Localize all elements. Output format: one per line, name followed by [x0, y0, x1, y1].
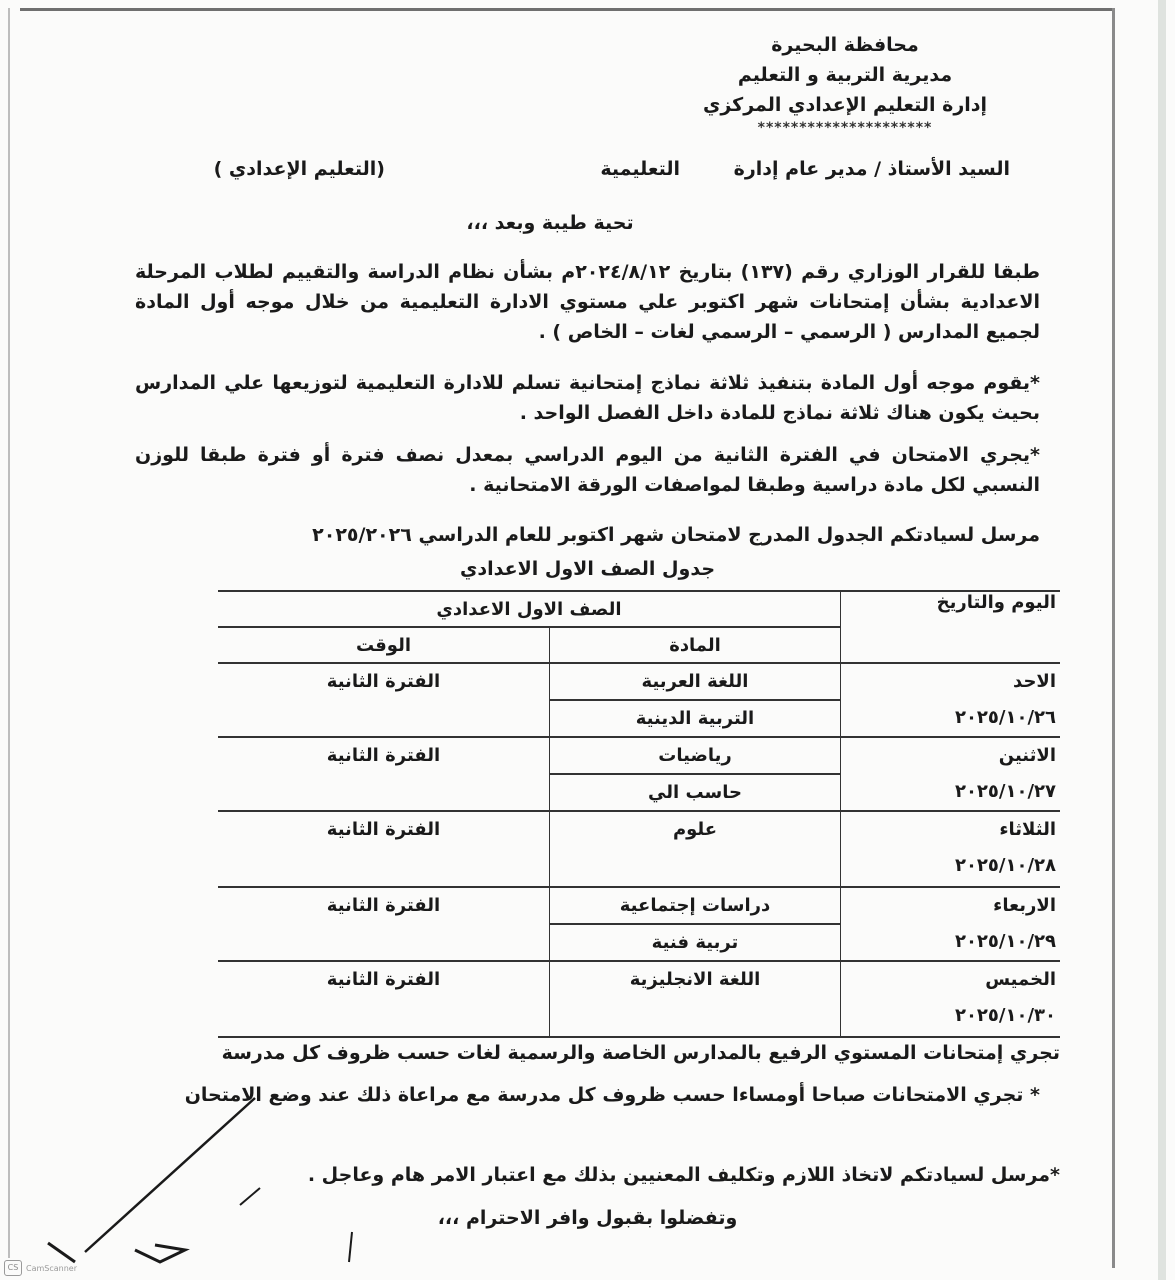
- addressee-title: السيد الأستاذ / مدير عام إدارة: [734, 158, 1010, 180]
- day-name: الاربعاء: [841, 888, 1056, 924]
- table-row: الاربعاء ٢٠٢٥/١٠/٢٩ دراسات إجتماعية الفت…: [218, 887, 1060, 924]
- subject-cell: اللغة العربية: [550, 663, 841, 700]
- table-row: الثلاثاء ٢٠٢٥/١٠/٢٨ علوم الفترة الثانية: [218, 811, 1060, 887]
- note-high-level-exams: تجري إمتحانات المستوي الرفيع بالمدارس ال…: [100, 1038, 1060, 1068]
- day-cell: الثلاثاء ٢٠٢٥/١٠/٢٨: [841, 811, 1061, 887]
- paragraph-schedule-intro: مرسل لسيادتكم الجدول المدرج لامتحان شهر …: [135, 520, 1040, 550]
- addressee-sector: (التعليم الإعدادي ): [214, 158, 385, 180]
- paragraph-exam-models: *يقوم موجه أول المادة بتنفيذ ثلاثة نماذج…: [135, 368, 1040, 428]
- table-row: الخميس ٢٠٢٥/١٠/٣٠ اللغة الانجليزية الفتر…: [218, 961, 1060, 1037]
- addressee-department: التعليمية: [600, 158, 680, 180]
- header-grade: الصف الاول الاعدادي: [218, 591, 841, 627]
- table-row: الاحد ٢٠٢٥/١٠/٢٦ اللغة العربية الفترة ال…: [218, 663, 1060, 700]
- page-edge-strip: [1158, 0, 1166, 1280]
- paragraph-decree: طبقا للقرار الوزاري رقم (١٣٧) بتاريخ ٢٠٢…: [135, 257, 1040, 347]
- page-border-left: [8, 8, 10, 1258]
- watermark-text: CamScanner: [26, 1264, 77, 1273]
- exam-schedule-table: اليوم والتاريخ الصف الاول الاعدادي الماد…: [218, 590, 1060, 1038]
- subject-cell: اللغة الانجليزية: [550, 961, 841, 1037]
- time-cell: الفترة الثانية: [218, 811, 550, 887]
- greeting: تحية طيبة وبعد ،،،: [0, 212, 1100, 234]
- paragraph-exam-period: *يجري الامتحان في الفترة الثانية من اليو…: [135, 440, 1040, 500]
- day-name: الخميس: [841, 962, 1056, 998]
- scanner-watermark: CS CamScanner: [4, 1260, 77, 1276]
- header-time: الوقت: [218, 627, 550, 663]
- closing-salutation: وتفضلوا بقبول وافر الاحترام ،،،: [0, 1207, 1175, 1229]
- day-date: ٢٠٢٥/١٠/٣٠: [841, 998, 1056, 1034]
- day-date: ٢٠٢٥/١٠/٢٩: [841, 924, 1056, 960]
- letterhead: محافظة البحيرة مديرية التربية و التعليم …: [695, 30, 995, 136]
- document-page: محافظة البحيرة مديرية التربية و التعليم …: [0, 0, 1175, 1280]
- camscanner-logo-icon: CS: [4, 1260, 22, 1276]
- time-cell: الفترة الثانية: [218, 961, 550, 1037]
- day-cell: الاحد ٢٠٢٥/١٠/٢٦: [841, 663, 1061, 737]
- header-day-date: اليوم والتاريخ: [841, 591, 1061, 663]
- administration-name: إدارة التعليم الإعدادي المركزي: [695, 90, 995, 120]
- day-date: ٢٠٢٥/١٠/٢٨: [841, 848, 1056, 884]
- subject-cell: دراسات إجتماعية: [550, 887, 841, 924]
- day-name: الاثنين: [841, 738, 1056, 774]
- table-title: جدول الصف الاول الاعدادي: [0, 558, 1175, 580]
- note-exam-timing: * تجري الامتحانات صباحا أومساءا حسب ظروف…: [110, 1080, 1040, 1110]
- day-name: الثلاثاء: [841, 812, 1056, 848]
- page-border-right: [1112, 8, 1115, 1268]
- time-cell: الفترة الثانية: [218, 737, 550, 811]
- header-separator: *********************: [695, 120, 995, 136]
- time-cell: الفترة الثانية: [218, 887, 550, 961]
- day-date: ٢٠٢٥/١٠/٢٦: [841, 700, 1056, 736]
- time-cell: الفترة الثانية: [218, 663, 550, 737]
- day-cell: الخميس ٢٠٢٥/١٠/٣٠: [841, 961, 1061, 1037]
- governorate-name: محافظة البحيرة: [695, 30, 995, 60]
- subject-cell: تربية فنية: [550, 924, 841, 961]
- note-action-required: *مرسل لسيادتكم لاتخاذ اللازم وتكليف المع…: [100, 1160, 1060, 1190]
- subject-cell: رياضيات: [550, 737, 841, 774]
- page-border-top: [20, 8, 1115, 11]
- table-header-row: اليوم والتاريخ الصف الاول الاعدادي: [218, 591, 1060, 627]
- header-subject: المادة: [550, 627, 841, 663]
- day-cell: الاربعاء ٢٠٢٥/١٠/٢٩: [841, 887, 1061, 961]
- subject-cell: علوم: [550, 811, 841, 887]
- table-row: الاثنين ٢٠٢٥/١٠/٢٧ رياضيات الفترة الثاني…: [218, 737, 1060, 774]
- directorate-name: مديرية التربية و التعليم: [695, 60, 995, 90]
- day-date: ٢٠٢٥/١٠/٢٧: [841, 774, 1056, 810]
- day-name: الاحد: [841, 664, 1056, 700]
- subject-cell: التربية الدينية: [550, 700, 841, 737]
- subject-cell: حاسب الي: [550, 774, 841, 811]
- day-cell: الاثنين ٢٠٢٥/١٠/٢٧: [841, 737, 1061, 811]
